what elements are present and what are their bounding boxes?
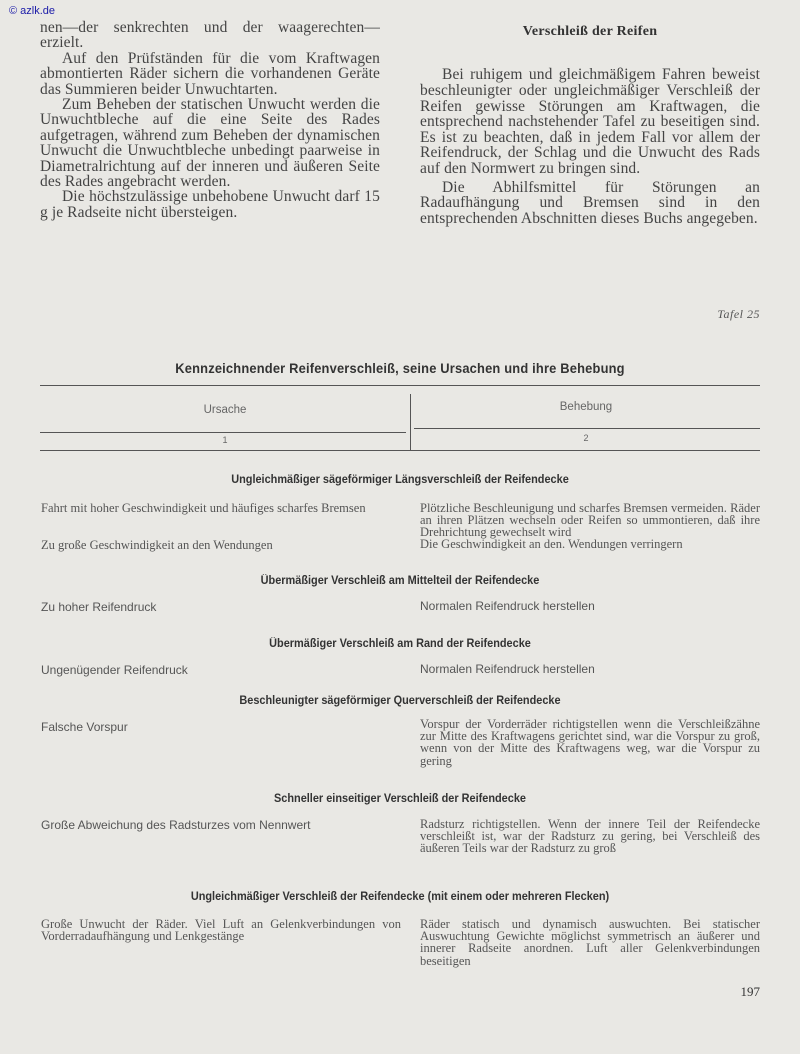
table-cell-remedy: Räder statisch und dynamisch auswuchten.… (420, 918, 760, 967)
table-cell-remedy: Radsturz richtigstellen. Wenn der innere… (420, 818, 760, 855)
table-section-title: Beschleunigter sägeförmiger Querverschle… (20, 695, 780, 707)
paragraph: Auf den Prüfständen für die vom Kraftwag… (40, 51, 380, 97)
table-cell-remedy: Plötzliche Beschleunigung und scharfes B… (420, 502, 760, 539)
table-cell-cause: Zu hoher Reifendruck (41, 601, 401, 613)
header-rule (414, 428, 760, 429)
table-cell-remedy: Vorspur der Vorderräder richtigstellen w… (420, 718, 760, 767)
table-section-title: Ungleichmäßiger sägeförmiger Längsversch… (20, 474, 780, 486)
table-section-title: Ungleichmäßiger Verschleiß der Reifendec… (20, 891, 780, 903)
table-section-title: Übermäßiger Verschleiß am Rand der Reife… (20, 638, 780, 650)
table-header: Ursache Behebung 1 2 (40, 385, 760, 451)
right-column: Verschleiß der Reifen Bei ruhigem und gl… (420, 20, 760, 229)
paragraph: Die höchstzulässige unbehobene Unwucht d… (40, 189, 380, 220)
watermark: © azlk.de (9, 5, 55, 17)
table-cell-remedy: Die Geschwindigkeit an den. Wendungen ve… (420, 538, 760, 550)
table-cell-cause: Große Abweichung des Radsturzes vom Nenn… (41, 819, 401, 831)
column-number-cause: 1 (40, 435, 410, 445)
left-column: nen—der senkrechten und der waagerechten… (40, 20, 380, 220)
table-cell-cause: Ungenügender Reifendruck (41, 664, 401, 676)
table-cell-remedy: Normalen Reifendruck herstellen (420, 600, 760, 612)
table-section-title: Übermäßiger Verschleiß am Mittelteil der… (20, 575, 780, 587)
paragraph: Bei ruhigem und gleichmäßigem Fahren bew… (420, 67, 760, 176)
page-number: 197 (741, 984, 761, 1000)
table-label: Tafel 25 (717, 307, 760, 322)
table-cell-cause: Große Unwucht der Räder. Viel Luft an Ge… (41, 918, 401, 942)
table-cell-remedy: Normalen Reifendruck herstellen (420, 663, 760, 675)
column-header-cause: Ursache (40, 404, 410, 416)
column-number-remedy: 2 (412, 433, 760, 443)
section-heading: Verschleiß der Reifen (420, 24, 760, 39)
column-divider (410, 394, 411, 450)
table-cell-cause: Fahrt mit hoher Geschwindigkeit und häuf… (41, 502, 401, 514)
table-cell-cause: Zu große Geschwindigkeit an den Wendunge… (41, 539, 401, 551)
paragraph: Die Abhilfsmittel für Störungen an Radau… (420, 180, 760, 227)
paragraph: Zum Beheben der statischen Unwucht werde… (40, 97, 380, 189)
header-rule (40, 432, 406, 433)
column-header-remedy: Behebung (412, 401, 760, 413)
paragraph: nen—der senkrechten und der waagerechten… (40, 20, 380, 51)
table-title: Kennzeichnender Reifenverschleiß, seine … (32, 360, 768, 376)
table-cell-cause: Falsche Vorspur (41, 721, 401, 733)
table-section-title: Schneller einseitiger Verschleiß der Rei… (20, 793, 780, 805)
